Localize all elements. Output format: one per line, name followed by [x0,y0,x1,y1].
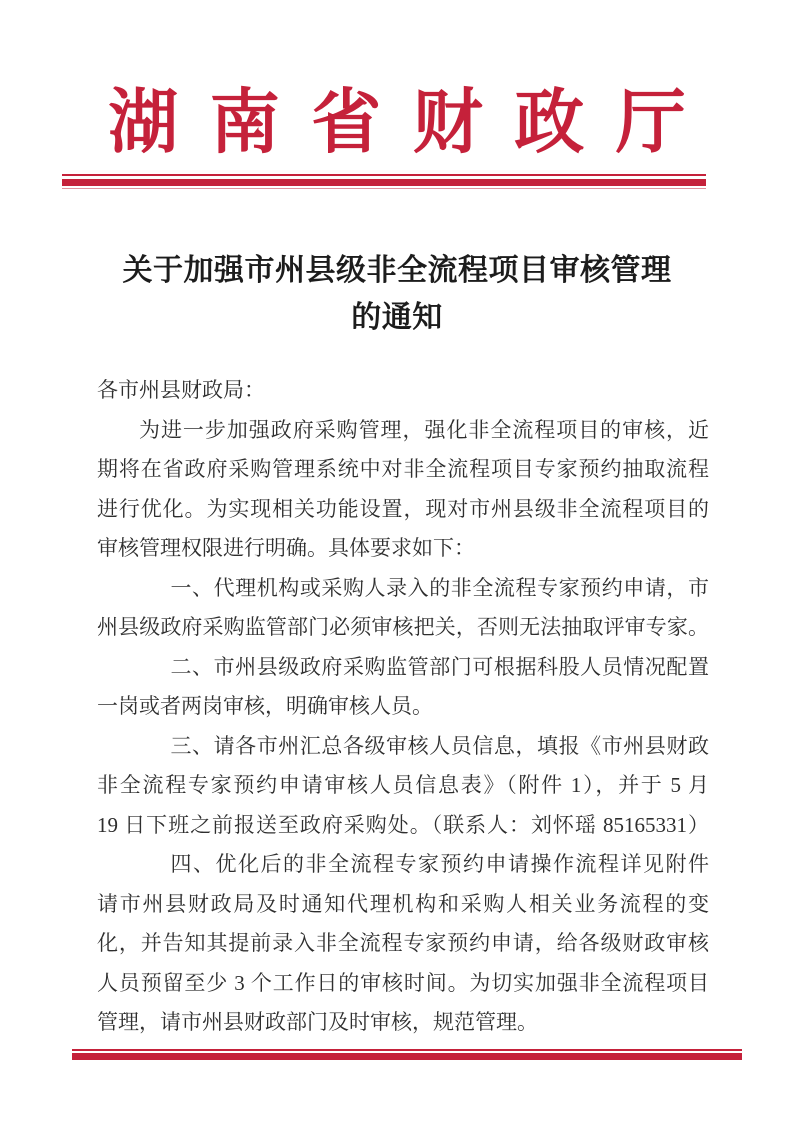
document-page: 湖南省财政厅 关于加强市州县级非全流程项目审核管理 的通知 各市州县财政局： 为… [0,0,794,1122]
letterhead-rule-faint-line [62,188,706,189]
body-line: 州县级政府采购监管部门必须审核把关，否则无法抽取评审专家。 [97,608,709,648]
body-line: 一岗或者两岗审核，明确审核人员。 [97,687,709,727]
letterhead: 湖南省财政厅 [0,0,794,166]
body-line: 请市州县财政局及时通知代理机构和采购人相关业务流程的变 [97,885,709,925]
footer-rule-thick-line [72,1053,742,1060]
body-line: 为进一步加强政府采购管理，强化非全流程项目的审核，近 [97,411,709,451]
body-line-item-1: 一、代理机构或采购人录入的非全流程专家预约申请，市 [97,569,709,609]
body-line-item-4: 四、优化后的非全流程专家预约申请操作流程详见附件 2， [97,845,709,885]
body-line: 非全流程专家预约申请审核人员信息表》（附件 1），并于 5 月 [97,766,709,806]
letterhead-title: 湖南省财政厅 [108,85,717,162]
body-line: 管理，请市州县财政部门及时审核，规范管理。 [97,1003,709,1043]
body-line: 化，并告知其提前录入非全流程专家预约申请，给各级财政审核 [97,924,709,964]
body-line: 人员预留至少 3 个工作日的审核时间。为切实加强非全流程项目 [97,964,709,1004]
body-line: 期将在省政府采购管理系统中对非全流程项目专家预约抽取流程 [97,450,709,490]
body-line-item-2: 二、市州县级政府采购监管部门可根据科股人员情况配置 [97,648,709,688]
document-title: 关于加强市州县级非全流程项目审核管理 的通知 [0,247,794,341]
body-line-contact: 19 日下班之前报送至政府采购处。（联系人：刘怀瑶 85165331） [97,806,709,846]
body-line-salutation: 各市州县财政局： [97,371,709,411]
body-line: 进行优化。为实现相关功能设置，现对市州县级非全流程项目的 [97,490,709,530]
document-title-line1: 关于加强市州县级非全流程项目审核管理 [0,247,794,294]
footer-rule [72,1049,742,1060]
body-line: 审核管理权限进行明确。具体要求如下： [97,529,709,569]
document-body: 各市州县财政局： 为进一步加强政府采购管理，强化非全流程项目的审核，近 期将在省… [97,371,709,1043]
document-title-line2: 的通知 [0,294,794,341]
body-line-item-3: 三、请各市州汇总各级审核人员信息，填报《市州县财政 [97,727,709,767]
